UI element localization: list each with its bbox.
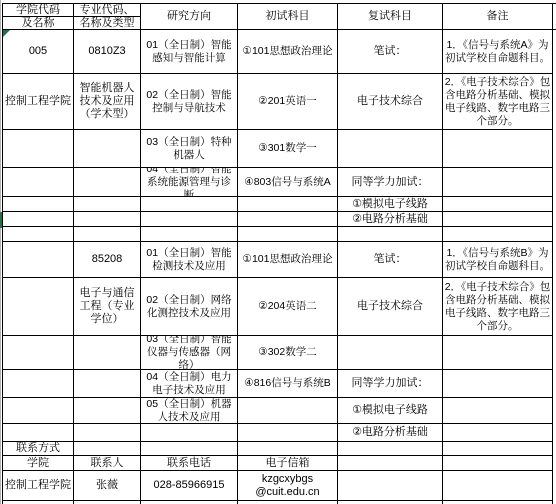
empty-cell[interactable] bbox=[74, 227, 141, 242]
retest-cell[interactable]: ①模拟电子线路 bbox=[338, 197, 443, 212]
major-name-cell[interactable]: 电子与通信工程（专业学位） bbox=[74, 278, 141, 336]
contact-header-person[interactable]: 联系人 bbox=[74, 456, 141, 471]
major-code-cell[interactable]: 0810Z3 bbox=[74, 30, 141, 74]
initial-exam-cell[interactable] bbox=[238, 424, 338, 442]
initial-exam-cell[interactable]: ②201英语一 bbox=[238, 74, 338, 130]
admission-table-page: 学院代码 专业代码、 研究方向 初试科目 复试科目 备注 及名称 名称及类型 0… bbox=[0, 0, 556, 504]
major-cell[interactable] bbox=[74, 197, 141, 212]
admission-table: 学院代码 专业代码、 研究方向 初试科目 复试科目 备注 及名称 名称及类型 0… bbox=[2, 3, 553, 504]
remark-cell[interactable]: 1．《信号与系统A》为初试学校自命题科目。 bbox=[443, 30, 553, 74]
contact-email-cell[interactable]: kzgcxybgs @cuit.edu.cn bbox=[238, 471, 338, 501]
college-cell[interactable] bbox=[3, 168, 74, 197]
initial-exam-cell[interactable] bbox=[238, 212, 338, 227]
initial-exam-cell[interactable] bbox=[238, 398, 338, 424]
worksheet-gridline bbox=[0, 0, 1, 504]
direction-cell[interactable] bbox=[141, 424, 238, 442]
header-remarks[interactable]: 备注 bbox=[443, 4, 553, 30]
direction-cell[interactable] bbox=[141, 212, 238, 227]
contact-section-label[interactable]: 联系方式 bbox=[3, 442, 74, 456]
empty-cell[interactable] bbox=[338, 456, 443, 471]
header-research-direction[interactable]: 研究方向 bbox=[141, 4, 238, 30]
remark-cell[interactable] bbox=[443, 398, 553, 424]
major-cell[interactable] bbox=[74, 168, 141, 197]
excel-flag-triangle-icon bbox=[3, 30, 10, 37]
college-cell[interactable] bbox=[3, 197, 74, 212]
retest-cell[interactable]: 同等学力加试： bbox=[338, 370, 443, 398]
direction-cell[interactable] bbox=[141, 197, 238, 212]
contact-phone-cell[interactable]: 028-85966915 bbox=[141, 471, 238, 501]
major-name-cell[interactable]: 智能机器人技术及应用（学术型） bbox=[74, 74, 141, 130]
empty-cell[interactable] bbox=[443, 442, 553, 456]
remark-cell[interactable]: 2．《电子技术综合》包含电路分析基础、模拟电子线路、数字电路三个部分。 bbox=[443, 74, 553, 130]
retest-cell[interactable]: 电子技术综合 bbox=[338, 278, 443, 336]
initial-exam-cell[interactable] bbox=[238, 197, 338, 212]
retest-cell[interactable]: ①模拟电子线路 bbox=[338, 398, 443, 424]
header-college-code-line2[interactable]: 及名称 bbox=[3, 17, 74, 30]
retest-cell[interactable]: 笔试： bbox=[338, 30, 443, 74]
empty-cell[interactable] bbox=[443, 456, 553, 471]
initial-exam-cell[interactable]: ③302数学二 bbox=[238, 336, 338, 370]
major-cell[interactable] bbox=[74, 130, 141, 168]
retest-cell[interactable]: 笔试： bbox=[338, 242, 443, 278]
major-cell[interactable] bbox=[74, 336, 141, 370]
header-major-code-line1[interactable]: 专业代码、 bbox=[74, 4, 141, 17]
direction-cell[interactable]: 01（全日制）智能检测技术及应用 bbox=[141, 242, 238, 278]
major-cell[interactable] bbox=[74, 424, 141, 442]
retest-cell[interactable]: 电子技术综合 bbox=[338, 74, 443, 130]
major-code-cell[interactable]: 85208 bbox=[74, 242, 141, 278]
college-cell[interactable] bbox=[3, 398, 74, 424]
empty-cell[interactable] bbox=[238, 227, 338, 242]
college-name-cell[interactable]: 控制工程学院 bbox=[3, 74, 74, 130]
initial-exam-cell[interactable]: ③301数学一 bbox=[238, 130, 338, 168]
college-cell[interactable] bbox=[3, 424, 74, 442]
retest-cell[interactable] bbox=[338, 130, 443, 168]
retest-cell[interactable]: ②电路分析基础 bbox=[338, 212, 443, 227]
direction-cell[interactable]: 03（全日制）特种机器人 bbox=[141, 130, 238, 168]
college-code: 005 bbox=[29, 45, 47, 58]
initial-exam-cell[interactable]: ④803信号与系统A bbox=[238, 168, 338, 197]
direction-cell[interactable]: 02（全日制）网络化测控技术及应用 bbox=[141, 278, 238, 336]
college-cell[interactable] bbox=[3, 336, 74, 370]
empty-cell[interactable] bbox=[141, 227, 238, 242]
major-cell[interactable] bbox=[74, 212, 141, 227]
remark-cell[interactable] bbox=[443, 130, 553, 168]
contact-header-college[interactable]: 学院 bbox=[3, 456, 74, 471]
header-retest-subject[interactable]: 复试科目 bbox=[338, 4, 443, 30]
college-cell[interactable] bbox=[3, 278, 74, 336]
empty-cell[interactable] bbox=[443, 227, 553, 242]
major-cell[interactable] bbox=[74, 398, 141, 424]
contact-header-phone[interactable]: 联系电话 bbox=[141, 456, 238, 471]
major-cell[interactable] bbox=[74, 370, 141, 398]
initial-exam-cell[interactable]: ①101思想政治理论 bbox=[238, 30, 338, 74]
direction-cell[interactable]: 02（全日制）智能控制与导航技术 bbox=[141, 74, 238, 130]
remark-cell[interactable]: 2．《电子技术综合》包含电路分析基础、模拟电子线路、数字电路三个部分。 bbox=[443, 278, 553, 336]
empty-cell[interactable] bbox=[141, 442, 238, 456]
empty-cell[interactable] bbox=[238, 442, 338, 456]
email-line2: @cuit.edu.cn bbox=[255, 486, 319, 499]
remark-cell[interactable] bbox=[443, 212, 553, 227]
direction-cell[interactable]: 01（全日制）智能感知与智能计算 bbox=[141, 30, 238, 74]
header-initial-exam[interactable]: 初试科目 bbox=[238, 4, 338, 30]
email-line1: kzgcxybgs bbox=[262, 473, 313, 486]
empty-cell[interactable] bbox=[338, 471, 443, 501]
remark-cell[interactable] bbox=[443, 370, 553, 398]
remark-cell[interactable] bbox=[443, 197, 553, 212]
college-cell[interactable] bbox=[3, 130, 74, 168]
initial-exam-cell[interactable]: ④816信号与系统B bbox=[238, 370, 338, 398]
retest-cell[interactable]: ②电路分析基础 bbox=[338, 424, 443, 442]
remark-cell[interactable] bbox=[443, 336, 553, 370]
remark-cell[interactable]: 1．《信号与系统B》为初试学校自命题科目。 bbox=[443, 242, 553, 278]
header-college-code-line1[interactable]: 学院代码 bbox=[3, 4, 74, 17]
initial-exam-cell[interactable]: ①101思想政治理论 bbox=[238, 242, 338, 278]
retest-cell[interactable]: 同等学力加试： bbox=[338, 168, 443, 197]
college-cell[interactable] bbox=[3, 370, 74, 398]
contact-header-email[interactable]: 电子信箱 bbox=[238, 456, 338, 471]
college-code-cell[interactable]: 005 bbox=[3, 30, 74, 74]
empty-cell[interactable] bbox=[443, 471, 553, 501]
direction-cell[interactable]: 04（全日制）智能系统能源管理与诊断 bbox=[141, 168, 238, 197]
direction-cell[interactable]: 04（全日制）电力电子技术及应用 bbox=[141, 370, 238, 398]
direction-cell[interactable]: 05（全日制）机器人技术及应用 bbox=[141, 398, 238, 424]
remark-cell[interactable] bbox=[443, 424, 553, 442]
contact-person-cell[interactable]: 张薇 bbox=[74, 471, 141, 501]
contact-college-cell[interactable]: 控制工程学院 bbox=[3, 471, 74, 501]
empty-cell[interactable] bbox=[74, 442, 141, 456]
college-cell[interactable] bbox=[3, 212, 74, 227]
empty-cell[interactable] bbox=[338, 227, 443, 242]
empty-cell[interactable] bbox=[338, 442, 443, 456]
empty-cell[interactable] bbox=[3, 227, 74, 242]
retest-cell[interactable] bbox=[338, 336, 443, 370]
initial-exam-cell[interactable]: ②204英语二 bbox=[238, 278, 338, 336]
college-cell[interactable] bbox=[3, 242, 74, 278]
remark-cell[interactable] bbox=[443, 168, 553, 197]
header-major-code-line2[interactable]: 名称及类型 bbox=[74, 17, 141, 30]
direction-cell[interactable]: 03（全日制）智能仪器与传感器（网络） bbox=[141, 336, 238, 370]
